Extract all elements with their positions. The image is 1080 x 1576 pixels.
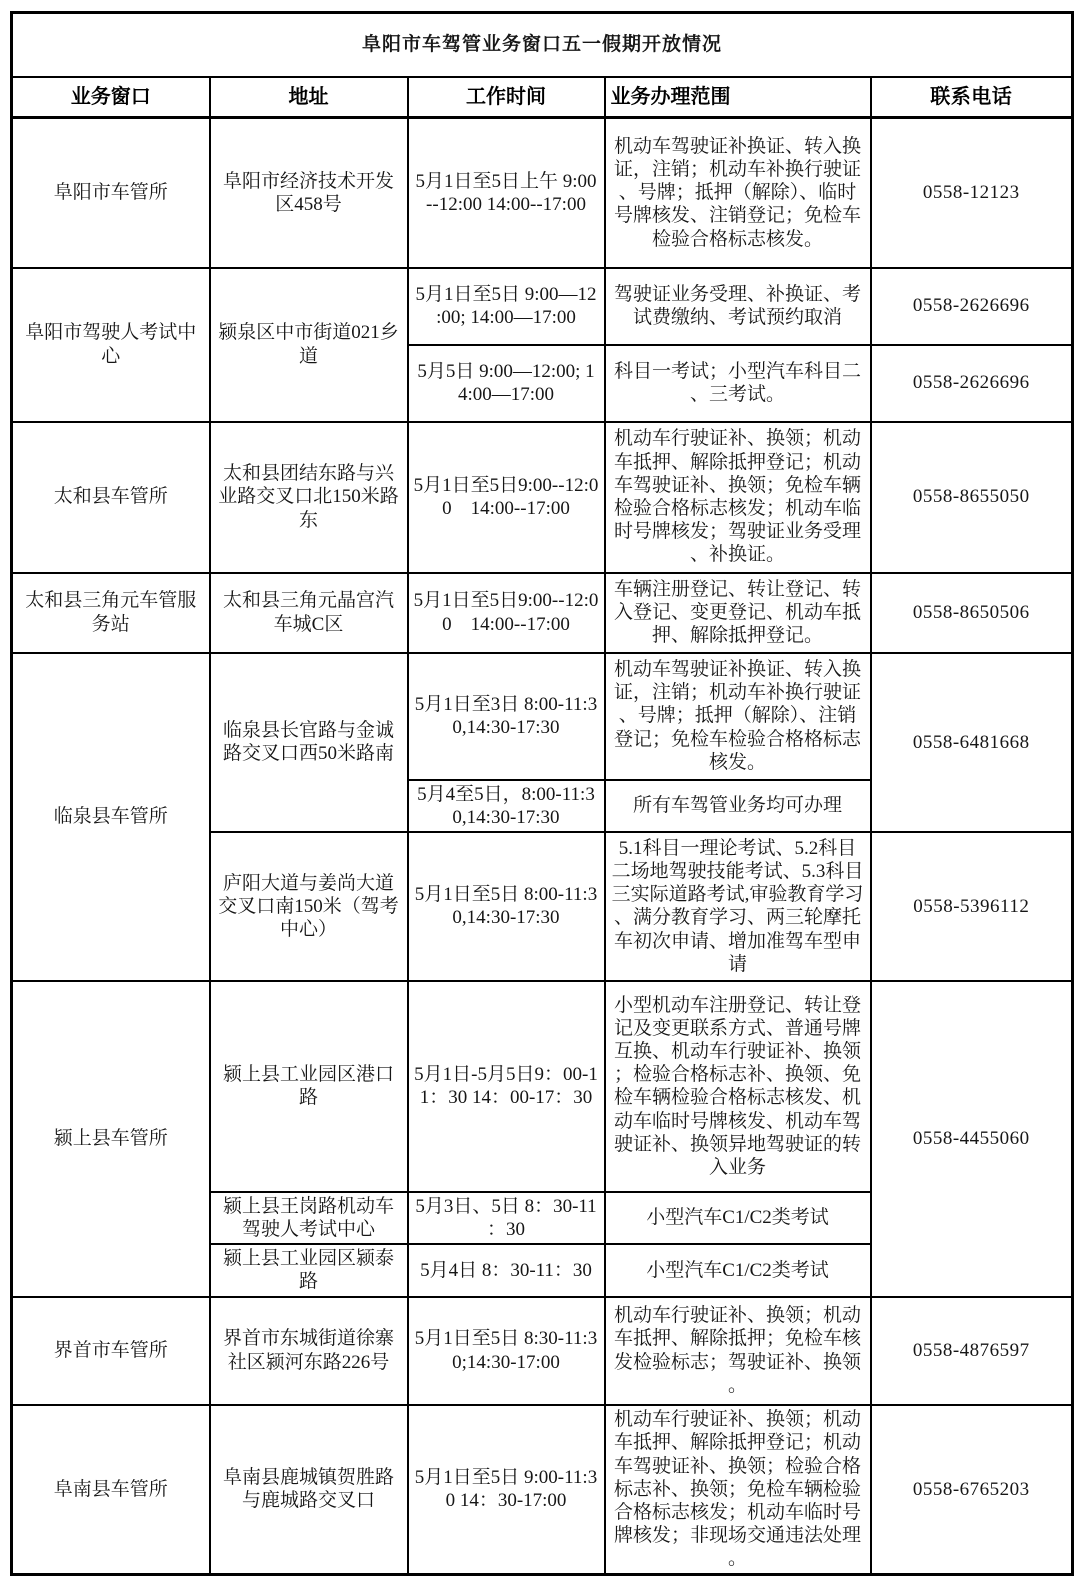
table-row: 阜阳市车管所阜阳市经济技术开发区458号5月1日至5日上午 9:00--12:0… xyxy=(12,118,1073,268)
address-cell: 庐阳大道与姜尚大道交叉口南150米（驾考中心） xyxy=(210,832,408,981)
opening-hours-table: 阜阳市车驾管业务窗口五一假期开放情况业务窗口地址工作时间业务办理范围联系电话阜阳… xyxy=(10,11,1074,1576)
phone-cell: 0558-4455060 xyxy=(871,981,1073,1297)
scope-cell: 所有车驾管业务均可办理 xyxy=(605,780,871,832)
phone-cell: 0558-2626696 xyxy=(871,268,1073,345)
table-title: 阜阳市车驾管业务窗口五一假期开放情况 xyxy=(12,13,1073,78)
phone-cell: 0558-6765203 xyxy=(871,1405,1073,1575)
page: 阜阳市车驾管业务窗口五一假期开放情况业务窗口地址工作时间业务办理范围联系电话阜阳… xyxy=(0,0,1080,1569)
address-cell: 颍上县王岗路机动车驾驶人考试中心 xyxy=(210,1192,408,1244)
phone-cell: 0558-6481668 xyxy=(871,653,1073,832)
phone-cell: 0558-12123 xyxy=(871,118,1073,268)
scope-cell: 5.1科目一理论考试、5.2科目二场地驾驶技能考试、5.3科目三实际道路考试,审… xyxy=(605,832,871,981)
window-cell: 阜南县车管所 xyxy=(12,1405,210,1575)
window-cell: 阜阳市车管所 xyxy=(12,118,210,268)
column-header-address: 地址 xyxy=(210,77,408,118)
address-cell: 太和县三角元晶宫汽车城C区 xyxy=(210,573,408,653)
table-row: 阜南县车管所阜南县鹿城镇贺胜路与鹿城路交叉口5月1日至5日 9:00-11:30… xyxy=(12,1405,1073,1575)
hours-cell: 5月1日至5日 8:00-11:30,14:30-17:30 xyxy=(408,832,605,981)
phone-cell: 0558-4876597 xyxy=(871,1297,1073,1405)
window-cell: 临泉县车管所 xyxy=(12,653,210,981)
column-header-hours: 工作时间 xyxy=(408,77,605,118)
hours-cell: 5月1日至5日9:00--12:00 14:00--17:00 xyxy=(408,422,605,573)
hours-cell: 5月4日 8：30-11：30 xyxy=(408,1244,605,1296)
table-row: 太和县三角元车管服务站太和县三角元晶宫汽车城C区5月1日至5日9:00--12:… xyxy=(12,573,1073,653)
hours-cell: 5月1日至5日 9:00—12:00; 14:00—17:00 xyxy=(408,268,605,345)
address-cell: 太和县团结东路与兴业路交叉口北150米路东 xyxy=(210,422,408,573)
window-cell: 太和县车管所 xyxy=(12,422,210,573)
scope-cell: 车辆注册登记、转让登记、转入登记、变更登记、机动车抵押、解除抵押登记。 xyxy=(605,573,871,653)
hours-cell: 5月1日-5月5日9：00-11：30 14：00-17：30 xyxy=(408,981,605,1192)
scope-cell: 小型汽车C1/C2类考试 xyxy=(605,1244,871,1296)
hours-cell: 5月5日 9:00—12:00; 14:00—17:00 xyxy=(408,345,605,422)
hours-cell: 5月4至5日，8:00-11:30,14:30-17:30 xyxy=(408,780,605,832)
address-cell: 颍上县工业园区港口路 xyxy=(210,981,408,1192)
address-cell: 临泉县长官路与金诚路交叉口西50米路南 xyxy=(210,653,408,832)
address-cell: 界首市东城街道徐寨社区颍河东路226号 xyxy=(210,1297,408,1405)
table-row: 阜阳市驾驶人考试中心颍泉区中市街道021乡道5月1日至5日 9:00—12:00… xyxy=(12,268,1073,345)
window-cell: 界首市车管所 xyxy=(12,1297,210,1405)
scope-cell: 小型汽车C1/C2类考试 xyxy=(605,1192,871,1244)
hours-cell: 5月1日至3日 8:00-11:30,14:30-17:30 xyxy=(408,653,605,780)
phone-cell: 0558-2626696 xyxy=(871,345,1073,422)
table-body: 阜阳市车驾管业务窗口五一假期开放情况业务窗口地址工作时间业务办理范围联系电话阜阳… xyxy=(12,13,1073,1575)
window-cell: 颍上县车管所 xyxy=(12,981,210,1297)
hours-cell: 5月1日至5日 9:00-11:30 14：30-17:00 xyxy=(408,1405,605,1575)
table-row: 界首市车管所界首市东城街道徐寨社区颍河东路226号5月1日至5日 8:30-11… xyxy=(12,1297,1073,1405)
scope-cell: 驾驶证业务受理、补换证、考试费缴纳、考试预约取消 xyxy=(605,268,871,345)
scope-cell: 机动车行驶证补、换领；机动车抵押、解除抵押登记；机动车驾驶证补、换领；检验合格标… xyxy=(605,1405,871,1575)
title-row: 阜阳市车驾管业务窗口五一假期开放情况 xyxy=(12,13,1073,78)
scope-cell: 机动车驾驶证补换证、转入换证，注销；机动车补换行驶证、号牌；抵押（解除）、注销登… xyxy=(605,653,871,780)
hours-cell: 5月1日至5日上午 9:00--12:00 14:00--17:00 xyxy=(408,118,605,268)
header-row: 业务窗口地址工作时间业务办理范围联系电话 xyxy=(12,77,1073,118)
address-cell: 颍上县工业园区颍泰路 xyxy=(210,1244,408,1296)
phone-cell: 0558-8650506 xyxy=(871,573,1073,653)
hours-cell: 5月1日至5日9:00--12:00 14:00--17:00 xyxy=(408,573,605,653)
scope-cell: 机动车驾驶证补换证、转入换证，注销；机动车补换行驶证、号牌；抵押（解除）、临时号… xyxy=(605,118,871,268)
address-cell: 阜南县鹿城镇贺胜路与鹿城路交叉口 xyxy=(210,1405,408,1575)
scope-cell: 小型机动车注册登记、转让登记及变更联系方式、普通号牌互换、机动车行驶证补、换领；… xyxy=(605,981,871,1192)
address-cell: 阜阳市经济技术开发区458号 xyxy=(210,118,408,268)
scope-cell: 科目一考试；小型汽车科目二、三考试。 xyxy=(605,345,871,422)
column-header-phone: 联系电话 xyxy=(871,77,1073,118)
window-cell: 太和县三角元车管服务站 xyxy=(12,573,210,653)
address-cell: 颍泉区中市街道021乡道 xyxy=(210,268,408,422)
hours-cell: 5月1日至5日 8:30-11:30;14:30-17:00 xyxy=(408,1297,605,1405)
phone-cell: 0558-5396112 xyxy=(871,832,1073,981)
column-header-window: 业务窗口 xyxy=(12,77,210,118)
table-row: 临泉县车管所临泉县长官路与金诚路交叉口西50米路南5月1日至3日 8:00-11… xyxy=(12,653,1073,780)
table-row: 颍上县车管所颍上县工业园区港口路5月1日-5月5日9：00-11：30 14：0… xyxy=(12,981,1073,1192)
phone-cell: 0558-8655050 xyxy=(871,422,1073,573)
scope-cell: 机动车行驶证补、换领；机动车抵押、解除抵押；免检车核发检验标志；驾驶证补、换领。 xyxy=(605,1297,871,1405)
window-cell: 阜阳市驾驶人考试中心 xyxy=(12,268,210,422)
table-row: 太和县车管所太和县团结东路与兴业路交叉口北150米路东5月1日至5日9:00--… xyxy=(12,422,1073,573)
scope-cell: 机动车行驶证补、换领；机动车抵押、解除抵押登记；机动车驾驶证补、换领；免检车辆检… xyxy=(605,422,871,573)
column-header-scope: 业务办理范围 xyxy=(605,77,871,118)
hours-cell: 5月3日、5日 8：30-11：30 xyxy=(408,1192,605,1244)
